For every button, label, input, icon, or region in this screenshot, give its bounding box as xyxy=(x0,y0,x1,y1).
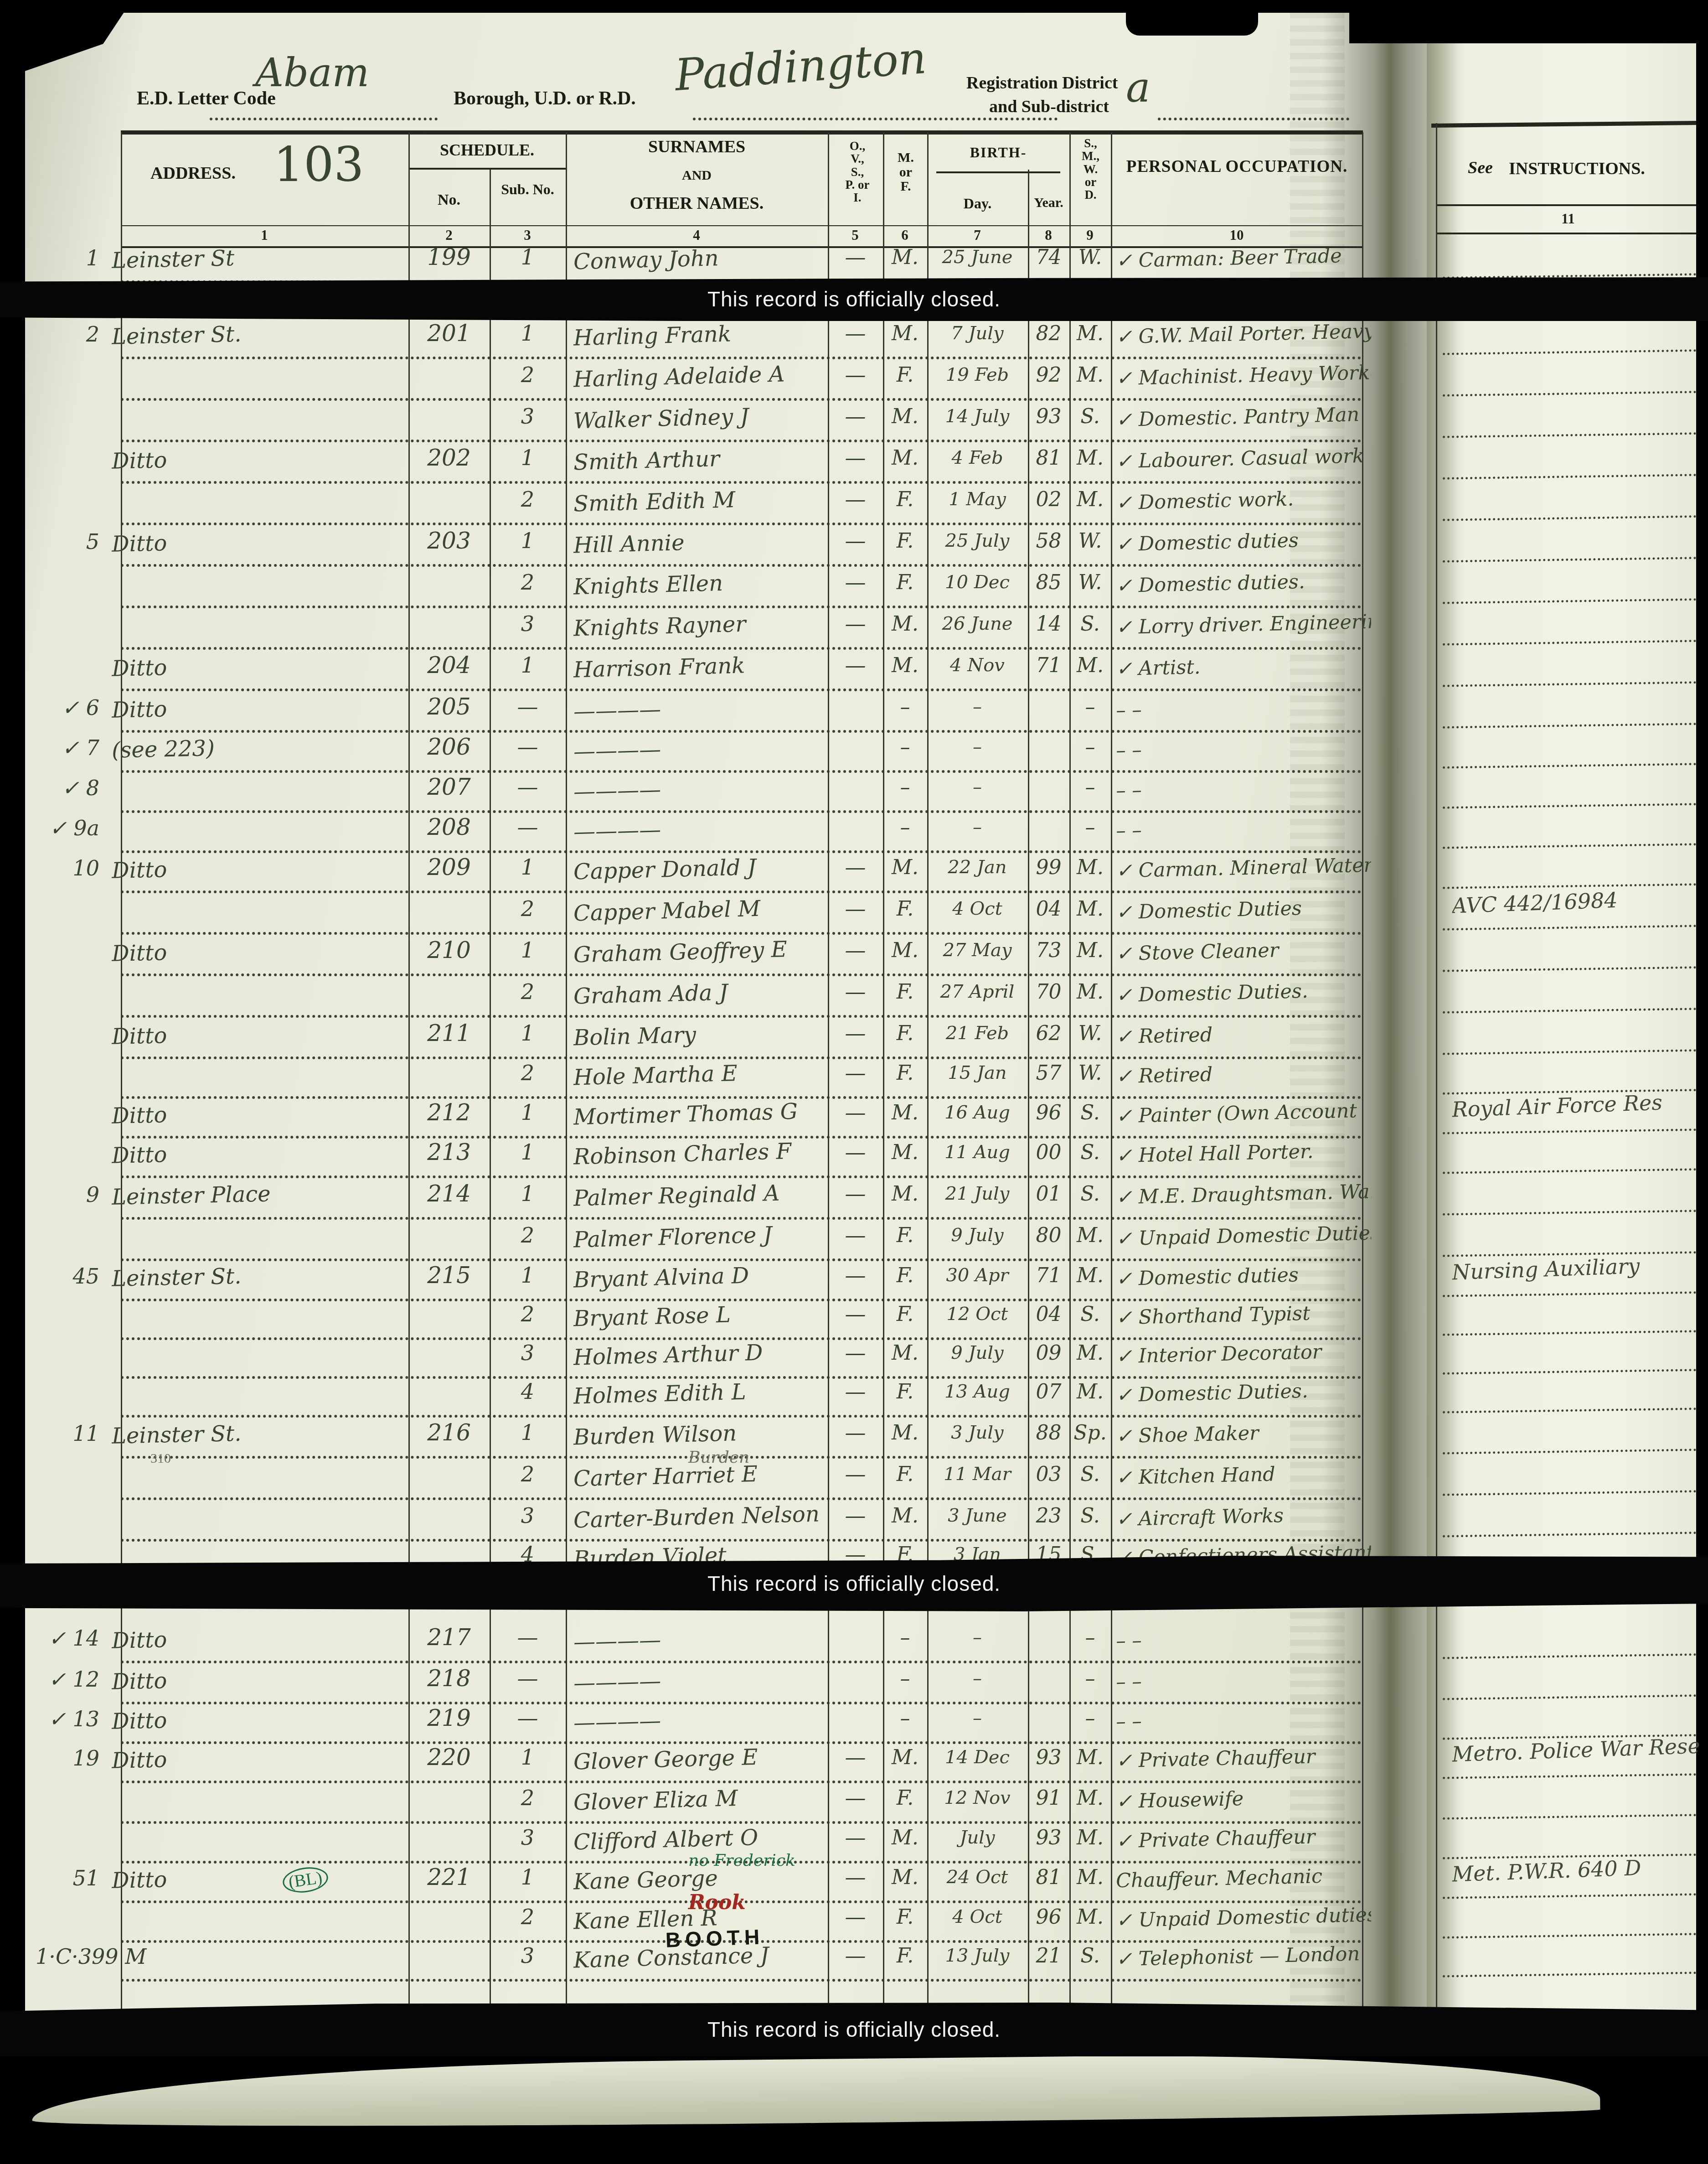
row-sub-number: 3 xyxy=(490,611,566,636)
ed-letter-code-value: Abam xyxy=(255,50,369,96)
row-ovsp-mark: — xyxy=(828,1181,883,1206)
row-name: Graham Ada J xyxy=(573,977,833,1010)
row-ovsp-mark: — xyxy=(828,1745,883,1770)
row-sex: M. xyxy=(883,856,927,879)
table-row: 10 Ditto 209 1 Capper Donald J — M. 22 J… xyxy=(0,853,1708,894)
row-name: Bolin Mary xyxy=(573,1019,833,1051)
column-number: 3 xyxy=(500,227,555,243)
row-name: Knights Ellen xyxy=(573,568,833,600)
census-register-scan: E.D. Letter Code Abam Borough, U.D. or R… xyxy=(0,0,1708,2164)
row-occupation: ✓ Private Chauffeur xyxy=(1116,1824,1372,1853)
row-house-number: 1 xyxy=(36,246,99,270)
row-sex: M. xyxy=(883,1866,927,1889)
row-name: ———— xyxy=(573,772,833,805)
row-occupation: – – xyxy=(1116,1705,1372,1734)
row-address: (see 223) xyxy=(111,731,403,763)
row-occupation: ✓ Aircraft Works xyxy=(1116,1502,1372,1531)
row-house-number: 19 xyxy=(36,1746,99,1771)
redaction-bar-2: This record is officially closed. xyxy=(0,1556,1708,1611)
row-occupation: – – xyxy=(1116,1624,1372,1653)
row-sub-number: 2 xyxy=(490,1302,566,1326)
table-row: 3 Knights Rayner — M. 26 June 14 S. ✓ Lo… xyxy=(0,610,1708,651)
row-sub-number: 1 xyxy=(490,1021,566,1046)
row-ovsp-mark: — xyxy=(828,938,883,963)
row-schedule-number: 205 xyxy=(408,694,490,720)
row-marital-status: – xyxy=(1069,695,1111,719)
row-birth-day: 14 Dec xyxy=(928,1747,1027,1768)
row-occupation: ✓ Telephonist — London xyxy=(1116,1942,1372,1971)
redaction-text-3: This record is officially closed. xyxy=(707,2017,1001,2042)
row-name: Holmes Arthur D xyxy=(573,1338,833,1371)
row-marital-status: – xyxy=(1069,1707,1111,1730)
row-sub-number: 1 xyxy=(490,1745,566,1770)
row-occupation: ✓ Domestic duties. xyxy=(1116,569,1372,598)
row-sex: F. xyxy=(883,1264,927,1287)
row-birth-day: 9 July xyxy=(928,1225,1027,1246)
row-marital-status: S. xyxy=(1069,1944,1111,1967)
table-row: 3 Holmes Arthur D — M. 9 July 09 M. ✓ In… xyxy=(0,1339,1708,1380)
row-marital-status: W. xyxy=(1069,1061,1111,1085)
redaction-text-2: This record is officially closed. xyxy=(707,1571,1001,1596)
row-birth-day: – xyxy=(928,817,1027,838)
table-row: 2 Leinster St. 201 1 Harling Frank — M. … xyxy=(0,319,1708,360)
row-marital-status: M. xyxy=(1069,1341,1111,1365)
see-instructions-see: See xyxy=(1468,158,1493,178)
row-address: Ditto xyxy=(111,935,403,966)
row-occupation: ✓ Shoe Maker xyxy=(1116,1419,1372,1448)
row-ovsp-mark: — xyxy=(828,1943,883,1968)
row-sub-number: 1 xyxy=(490,855,566,880)
table-row: ✓ 7 (see 223) 206 — ———— – – – – – xyxy=(0,733,1708,774)
row-address: Ditto xyxy=(111,1018,403,1049)
row-house-number: 2 xyxy=(36,322,99,347)
row-marital-status: M. xyxy=(1069,939,1111,962)
row-occupation: Chauffeur. Mechanic xyxy=(1116,1864,1372,1893)
table-row: 2 Hole Martha E — F. 15 Jan 57 W. ✓ Reti… xyxy=(0,1059,1708,1100)
row-marital-status: M. xyxy=(1069,488,1111,511)
smw-label: S.,M.,W.orD. xyxy=(1071,137,1110,202)
row-address: Ditto xyxy=(111,1703,403,1734)
row-marital-status: – xyxy=(1069,1667,1111,1690)
row-birth-year: 81 xyxy=(1028,446,1069,470)
row-marital-status: M. xyxy=(1069,446,1111,470)
row-address: Leinster St. xyxy=(111,1417,403,1449)
row-birth-year: 07 xyxy=(1028,1380,1069,1403)
row-birth-day: 10 Dec xyxy=(928,572,1027,593)
row-house-number: ✓ 12 xyxy=(36,1667,99,1692)
row-name: Carter-Burden Nelson xyxy=(573,1501,833,1533)
row-sex: M. xyxy=(883,1182,927,1206)
row-sex: F. xyxy=(883,1224,927,1247)
row-birth-year: 92 xyxy=(1028,363,1069,387)
row-birth-year: 57 xyxy=(1028,1061,1069,1085)
redaction-bar-3: This record is officially closed. xyxy=(0,2003,1708,2056)
row-address: Ditto xyxy=(111,691,403,723)
row-birth-day: 9 July xyxy=(928,1342,1027,1363)
row-sub-number: 1 xyxy=(490,1263,566,1288)
row-marital-status: S. xyxy=(1069,1101,1111,1124)
row-sex: F. xyxy=(883,1380,927,1403)
row-occupation: ✓ Unpaid Domestic Duties xyxy=(1116,1222,1372,1251)
row-sub-number: 2 xyxy=(490,570,566,595)
birth-day-label: Day. xyxy=(927,195,1028,212)
table-row: Ditto 204 1 Harrison Frank — M. 4 Nov 71… xyxy=(0,651,1708,692)
row-birth-day: 4 Oct xyxy=(928,898,1027,919)
row-birth-year: 96 xyxy=(1028,1101,1069,1124)
row-sub-number: — xyxy=(490,1706,566,1730)
row-ovsp-mark: — xyxy=(828,1100,883,1125)
row-marital-status: S. xyxy=(1069,405,1111,428)
row-ovsp-mark: — xyxy=(828,611,883,636)
row-ovsp-mark: — xyxy=(828,1503,883,1528)
row-house-number: 45 xyxy=(36,1264,99,1289)
row-sub-number: 2 xyxy=(490,487,566,512)
row-address: Leinster St xyxy=(111,242,403,273)
row-name: Harrison Frank xyxy=(573,651,833,683)
row-address: Ditto xyxy=(111,650,403,681)
row-sub-number: 2 xyxy=(490,896,566,921)
row-name: Smith Arthur xyxy=(573,443,833,476)
row-birth-day: 26 June xyxy=(928,613,1027,634)
row-sex: F. xyxy=(883,1061,927,1085)
row-sex: F. xyxy=(883,980,927,1004)
row-sex: – xyxy=(883,816,927,839)
table-row: 2 Kane Ellen R Rook — F. 4 Oct 96 M. ✓ U… xyxy=(0,1903,1708,1944)
row-house-number: 9 xyxy=(36,1182,99,1207)
row-marital-status: S. xyxy=(1069,1504,1111,1527)
row-occupation: – – xyxy=(1116,1665,1372,1694)
row-occupation: ✓ Domestic work. xyxy=(1116,486,1372,515)
column-number: 9 xyxy=(1063,227,1117,243)
row-ovsp-mark: — xyxy=(828,1341,883,1365)
registration-district-label-1: Registration District xyxy=(966,73,1118,93)
row-birth-day: 4 Feb xyxy=(928,447,1027,468)
row-name: ———— xyxy=(573,1623,833,1655)
row-birth-day: 21 July xyxy=(928,1183,1027,1204)
row-occupation: – – xyxy=(1116,694,1372,722)
table-row: 310 2 Carter Harriet E Burden — F. 11 Ma… xyxy=(0,1460,1708,1501)
row-birth-day: 7 July xyxy=(928,323,1027,344)
birth-label: BIRTH- xyxy=(927,144,1069,161)
row-sub-number: 1 xyxy=(490,1420,566,1445)
row-name: Palmer Florence J xyxy=(573,1221,833,1253)
row-occupation: ✓ Retired xyxy=(1116,1020,1372,1049)
row-birth-year: 85 xyxy=(1028,571,1069,594)
row-sub-number: — xyxy=(490,1666,566,1691)
row-birth-year: 93 xyxy=(1028,405,1069,428)
row-birth-day: – xyxy=(928,696,1027,717)
row-marital-status: M. xyxy=(1069,1380,1111,1403)
table-row: ✓ 8 207 — ———— – – – – – xyxy=(0,773,1708,814)
table-row: ✓ 14 Ditto 217 — ———— – – – – – xyxy=(0,1623,1708,1664)
row-ovsp-mark: — xyxy=(828,1140,883,1165)
row-schedule-number: 202 xyxy=(408,445,490,471)
row-sub-number: 3 xyxy=(490,1825,566,1850)
row-house-number: 10 xyxy=(36,856,99,880)
row-birth-year: 73 xyxy=(1028,939,1069,962)
row-birth-year: 58 xyxy=(1028,529,1069,553)
row-schedule-number: 201 xyxy=(408,320,490,347)
row-ovsp-mark: — xyxy=(828,570,883,595)
row-marital-status: W. xyxy=(1069,1022,1111,1045)
row-name: ———— xyxy=(573,813,833,845)
scan-top-notch xyxy=(1126,0,1258,36)
row-birth-year: 74 xyxy=(1028,246,1069,269)
birth-year-label: Year. xyxy=(1028,195,1069,211)
schedule-no-label: No. xyxy=(408,192,490,209)
row-marital-status: W. xyxy=(1069,246,1111,269)
row-birth-day: 1 May xyxy=(928,489,1027,510)
column-number: 6 xyxy=(877,227,932,243)
row-schedule-number: 217 xyxy=(408,1624,490,1651)
see-instructions-label: INSTRUCTIONS. xyxy=(1509,159,1645,179)
row-sex: F. xyxy=(883,1944,927,1967)
row-occupation: ✓ Hotel Hall Porter. xyxy=(1116,1139,1372,1168)
row-sex: M. xyxy=(883,1141,927,1164)
row-sub-number: 2 xyxy=(490,1061,566,1085)
row-sex: M. xyxy=(883,1341,927,1365)
row-name: Palmer Reginald A xyxy=(573,1179,833,1211)
row-occupation: ✓ G.W. Mail Porter. Heavy Work xyxy=(1116,320,1372,349)
row-sex: F. xyxy=(883,1786,927,1810)
row-ovsp-mark: — xyxy=(828,1786,883,1810)
row-schedule-number: 206 xyxy=(408,734,490,760)
row-name: Smith Edith M xyxy=(573,485,833,517)
row-birth-year: 02 xyxy=(1028,488,1069,511)
table-row: 3 Carter-Burden Nelson — M. 3 June 23 S.… xyxy=(0,1501,1708,1543)
row-address: Ditto xyxy=(111,525,403,557)
table-row: 51 Ditto (BL) 221 1 Kane George no Frede… xyxy=(0,1863,1708,1904)
row-name-annotation: Burden xyxy=(688,1448,749,1467)
row-name: Glover Eliza M xyxy=(573,1783,833,1816)
row-ovsp-mark: — xyxy=(828,1263,883,1288)
row-ovsp-mark: — xyxy=(828,1905,883,1929)
row-ovsp-mark: — xyxy=(828,362,883,387)
row-sub-number: 2 xyxy=(490,1462,566,1486)
row-birth-year: 04 xyxy=(1028,1303,1069,1326)
row-sub-number: 3 xyxy=(490,1943,566,1968)
surnames-label-1: SURNAMES xyxy=(566,137,828,157)
row-sub-number: 1 xyxy=(490,445,566,470)
table-row: 9 Leinster Place 214 1 Palmer Reginald A… xyxy=(0,1180,1708,1221)
row-sex: M. xyxy=(883,322,927,345)
table-row: Ditto 210 1 Graham Geoffrey E — M. 27 Ma… xyxy=(0,936,1708,977)
row-birth-day: 13 July xyxy=(928,1945,1027,1966)
row-marital-status: M. xyxy=(1069,1905,1111,1929)
row-birth-day: – xyxy=(928,777,1027,797)
row-birth-day: 16 Aug xyxy=(928,1102,1027,1123)
row-occupation: ✓ Domestic duties xyxy=(1116,1262,1372,1291)
row-birth-year: 70 xyxy=(1028,980,1069,1004)
row-occupation: ✓ Private Chauffeur xyxy=(1116,1744,1372,1773)
row-schedule-number: 208 xyxy=(408,814,490,840)
row-marital-status: M. xyxy=(1069,322,1111,345)
column-number: 4 xyxy=(669,227,724,243)
address-label: ADDRESS. xyxy=(150,163,236,183)
row-ovsp-mark: — xyxy=(828,979,883,1004)
table-row: Ditto 213 1 Robinson Charles F — M. 11 A… xyxy=(0,1138,1708,1179)
table-row: 2 Bryant Rose L — F. 12 Oct 04 S. ✓ Shor… xyxy=(0,1300,1708,1341)
schedule-subno-label: Sub. No. xyxy=(490,181,566,197)
redaction-bar-1: This record is officially closed. xyxy=(0,277,1708,321)
row-sub-number: 2 xyxy=(490,1223,566,1248)
row-sub-number: 1 xyxy=(490,528,566,553)
row-name: Burden Wilson xyxy=(573,1418,833,1450)
row-marital-status: W. xyxy=(1069,571,1111,594)
row-birth-year: 99 xyxy=(1028,856,1069,879)
column-number: 1 xyxy=(237,227,292,243)
row-birth-day: – xyxy=(928,1627,1027,1648)
row-occupation: ✓ Machinist. Heavy Worker xyxy=(1116,362,1372,390)
row-address: Ditto xyxy=(111,1742,403,1773)
row-birth-year: 93 xyxy=(1028,1826,1069,1849)
row-birth-day: 25 June xyxy=(928,247,1027,268)
row-sex: – xyxy=(883,776,927,799)
row-name: Robinson Charles F xyxy=(573,1138,833,1170)
row-schedule-number: 204 xyxy=(408,652,490,678)
row-ovsp-mark: — xyxy=(828,653,883,678)
row-birth-year: 14 xyxy=(1028,612,1069,636)
row-birth-year: 01 xyxy=(1028,1182,1069,1206)
row-birth-year: 88 xyxy=(1028,1421,1069,1444)
table-row: 5 Ditto 203 1 Hill Annie — F. 25 July 58… xyxy=(0,527,1708,568)
scan-top-right-edge xyxy=(1349,0,1708,43)
row-sex: M. xyxy=(883,246,927,269)
row-sub-number: 1 xyxy=(490,321,566,346)
row-marital-status: W. xyxy=(1069,529,1111,553)
row-occupation: ✓ Labourer. Casual work xyxy=(1116,445,1372,473)
row-birth-day: July xyxy=(928,1827,1027,1848)
row-schedule-number: 214 xyxy=(408,1180,490,1207)
row-sub-number: 1 xyxy=(490,1865,566,1890)
table-row: Ditto 211 1 Bolin Mary — F. 21 Feb 62 W.… xyxy=(0,1019,1708,1060)
row-sex: F. xyxy=(883,571,927,594)
row-ovsp-mark: — xyxy=(828,321,883,346)
row-sex: M. xyxy=(883,446,927,470)
column-number: 7 xyxy=(950,227,1005,243)
column-number: 11 xyxy=(1541,211,1595,227)
row-birth-year: 80 xyxy=(1028,1224,1069,1247)
table-row: 2 Smith Edith M — F. 1 May 02 M. ✓ Domes… xyxy=(0,485,1708,526)
row-sex: F. xyxy=(883,1022,927,1045)
row-occupation: – – xyxy=(1116,734,1372,762)
row-sex: – xyxy=(883,1626,927,1649)
row-sub-number: 2 xyxy=(490,362,566,387)
row-birth-day: 21 Feb xyxy=(928,1023,1027,1044)
row-ovsp-mark: — xyxy=(828,896,883,921)
row-birth-year: 03 xyxy=(1028,1463,1069,1486)
row-marital-status: – xyxy=(1069,776,1111,799)
row-occupation: – – xyxy=(1116,774,1372,802)
row-birth-day: 4 Nov xyxy=(928,655,1027,676)
row-name: Glover George E xyxy=(573,1743,833,1775)
booth-stamp: BOOTH xyxy=(665,1924,764,1952)
row-address: Ditto xyxy=(111,442,403,474)
column-number: 10 xyxy=(1209,227,1264,243)
row-schedule-number: 219 xyxy=(408,1705,490,1731)
row-birth-year: 81 xyxy=(1028,1866,1069,1889)
row-name: Capper Donald J xyxy=(573,853,833,885)
row-ovsp-mark: — xyxy=(828,245,883,269)
row-sex: – xyxy=(883,1707,927,1730)
table-row: 3 Clifford Albert O — M. July 93 M. ✓ Pr… xyxy=(0,1823,1708,1864)
row-occupation: ✓ Shorthand Typist xyxy=(1116,1301,1372,1330)
table-row: Ditto 212 1 Mortimer Thomas G — M. 16 Au… xyxy=(0,1098,1708,1139)
row-sub-number: — xyxy=(490,775,566,799)
row-marital-status: – xyxy=(1069,735,1111,759)
row-name: ———— xyxy=(573,1703,833,1736)
row-marital-status: Sp. xyxy=(1069,1421,1111,1444)
row-schedule-number: 209 xyxy=(408,854,490,880)
row-marital-status: S. xyxy=(1069,612,1111,636)
table-row: ✓ 13 Ditto 219 — ———— – – – – – xyxy=(0,1704,1708,1745)
row-address: Ditto xyxy=(111,1137,403,1168)
row-ovsp-mark: — xyxy=(828,1865,883,1890)
row-address: Ditto xyxy=(111,1663,403,1694)
row-sub-number: 4 xyxy=(490,1379,566,1404)
surnames-label-3: OTHER NAMES. xyxy=(566,193,828,213)
row-occupation: ✓ Artist. xyxy=(1116,652,1372,681)
row-ovsp-mark: — xyxy=(828,1021,883,1046)
table-row: 2 Glover Eliza M — F. 12 Nov 91 M. ✓ Hou… xyxy=(0,1784,1708,1825)
row-sex: M. xyxy=(883,405,927,428)
row-sub-number: 2 xyxy=(490,1786,566,1810)
row-name: Holmes Edith L xyxy=(573,1377,833,1409)
row-ovsp-mark: — xyxy=(828,1379,883,1404)
row-occupation: ✓ Unpaid Domestic duties xyxy=(1116,1904,1372,1932)
row-house-number: ✓ 6 xyxy=(36,695,99,720)
table-row: 2 Palmer Florence J — F. 9 July 80 M. ✓ … xyxy=(0,1221,1708,1262)
row-birth-day: 19 Feb xyxy=(928,364,1027,385)
row-house-number: 51 xyxy=(36,1866,99,1890)
row-sex: M. xyxy=(883,1421,927,1444)
row-house-number: 1·C·399 M xyxy=(36,1944,99,1969)
row-house-number: ✓ 8 xyxy=(36,776,99,800)
row-name: Hill Annie xyxy=(573,526,833,559)
row-birth-year: 93 xyxy=(1028,1746,1069,1769)
row-occupation: ✓ Domestic Duties. xyxy=(1116,978,1372,1007)
row-birth-day: – xyxy=(928,736,1027,757)
row-name: Hole Martha E xyxy=(573,1058,833,1091)
mf-label: M.orF. xyxy=(885,150,926,194)
row-name: Conway John xyxy=(573,243,833,275)
row-sub-number: — xyxy=(490,1625,566,1650)
row-birth-year: 00 xyxy=(1028,1141,1069,1164)
redaction-text-1: This record is officially closed. xyxy=(707,287,1001,311)
row-sex: M. xyxy=(883,1504,927,1527)
row-sex: F. xyxy=(883,529,927,553)
row-sub-number: 2 xyxy=(490,1905,566,1929)
address-number-value: 103 xyxy=(273,137,364,192)
table-row: Ditto 202 1 Smith Arthur — M. 4 Feb 81 M… xyxy=(0,444,1708,485)
row-house-number: 11 xyxy=(36,1421,99,1446)
row-occupation: ✓ Carman: Beer Trade xyxy=(1116,244,1372,273)
row-name: Knights Rayner xyxy=(573,609,833,642)
row-marital-status: – xyxy=(1069,1626,1111,1649)
row-address: Leinster St. xyxy=(111,1260,403,1291)
row-birth-day: – xyxy=(928,1708,1027,1729)
row-sex: F. xyxy=(883,363,927,387)
row-marital-status: S. xyxy=(1069,1463,1111,1486)
table-row: 2 Harling Adelaide A — F. 19 Feb 92 M. ✓… xyxy=(0,361,1708,402)
row-occupation: ✓ Domestic Duties xyxy=(1116,896,1372,924)
row-name-annotation: no Frederick xyxy=(688,1851,795,1870)
row-marital-status: S. xyxy=(1069,1182,1111,1206)
row-ovsp-mark: — xyxy=(828,528,883,553)
row-sub-number: — xyxy=(490,815,566,839)
row-marital-status: M. xyxy=(1069,1224,1111,1247)
row-birth-year: 62 xyxy=(1028,1022,1069,1045)
